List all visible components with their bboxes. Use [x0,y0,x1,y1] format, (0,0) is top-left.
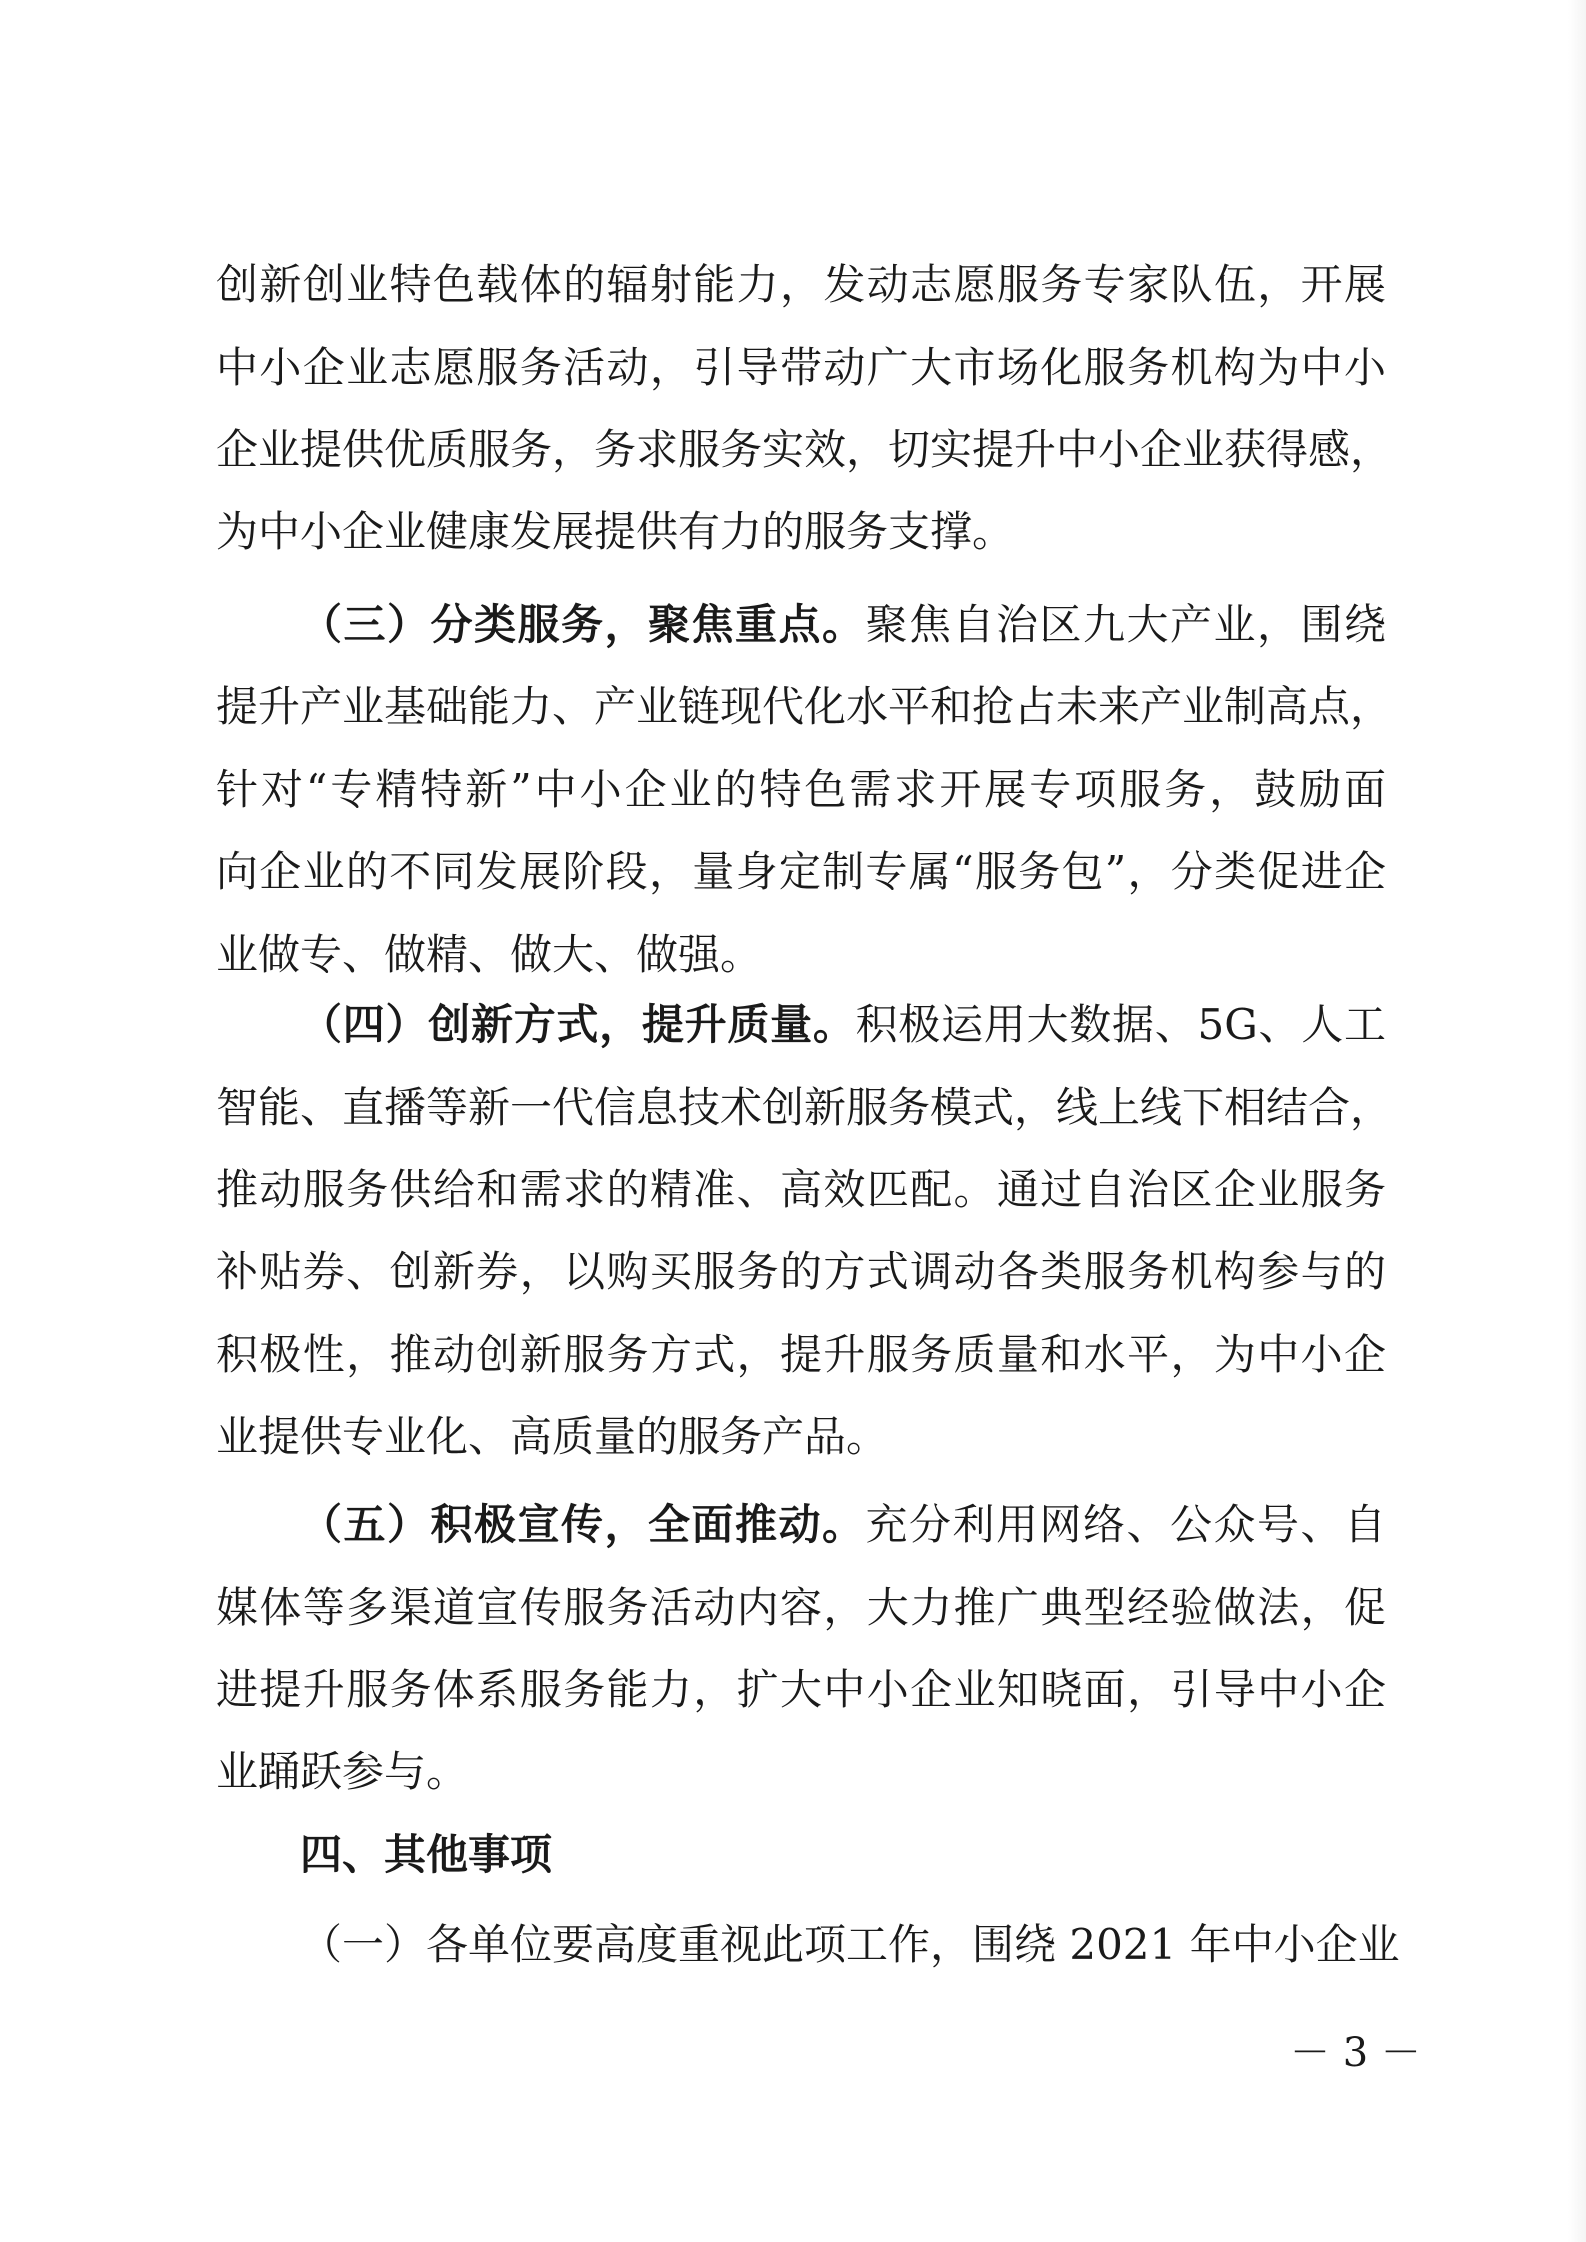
paragraph-line: 媒体等多渠道宣传服务活动内容，大力推广典型经验做法，促 [216,1578,1386,1638]
paragraph-line: 企业提供优质服务，务求服务实效，切实提升中小企业获得感， [216,420,1386,480]
paragraph-line: 推动服务供给和需求的精准、高效匹配。通过自治区企业服务 [216,1160,1386,1220]
page-edge-shadow [1568,0,1586,2242]
paragraph-line: 业做专、做精、做大、做强。 [216,925,1386,985]
document-page: 创新创业特色载体的辐射能力，发动志愿服务专家队伍，开展 中小企业志愿服务活动，引… [0,0,1586,2242]
paragraph-line: 进提升服务体系服务能力，扩大中小企业知晓面，引导中小企 [216,1660,1386,1720]
section-4-label: （四）创新方式，提升质量。 [300,1000,856,1049]
paragraph-line: 创新创业特色载体的辐射能力，发动志愿服务专家队伍，开展 [216,255,1386,315]
paragraph-line: 中小企业志愿服务活动，引导带动广大市场化服务机构为中小 [216,338,1386,398]
paragraph-line: 针对“专精特新”中小企业的特色需求开展专项服务，鼓励面 [216,760,1386,820]
paragraph-line: 为中小企业健康发展提供有力的服务支撑。 [216,502,1386,562]
paragraph-line: （一）各单位要高度重视此项工作，围绕 2021 年中小企业 [300,1915,1386,1975]
paragraph-line: 积极性，推动创新服务方式，提升服务质量和水平，为中小企 [216,1325,1386,1385]
paragraph-line: 向企业的不同发展阶段，量身定制专属“服务包”，分类促进企 [216,842,1386,902]
section-3-first-line: （三）分类服务，聚焦重点。聚焦自治区九大产业，围绕 [300,595,1386,655]
paragraph-line: 业踊跃参与。 [216,1742,1386,1802]
paragraph-line: 智能、直播等新一代信息技术创新服务模式，线上线下相结合， [216,1078,1386,1138]
section-5-first-line: （五）积极宣传，全面推动。充分利用网络、公众号、自 [300,1495,1386,1555]
section-3-label: （三）分类服务，聚焦重点。 [300,600,865,649]
section-4-first-line: （四）创新方式，提升质量。积极运用大数据、5G、人工 [300,995,1386,1055]
paragraph-line: 提升产业基础能力、产业链现代化水平和抢占未来产业制高点， [216,677,1386,737]
section-heading: 四、其他事项 [300,1825,1386,1885]
section-5-label: （五）积极宣传，全面推动。 [300,1500,865,1549]
page-number: － 3 － [1290,2028,1421,2078]
paragraph-line: 补贴券、创新券，以购买服务的方式调动各类服务机构参与的 [216,1242,1386,1302]
paragraph-line: 业提供专业化、高质量的服务产品。 [216,1407,1386,1467]
